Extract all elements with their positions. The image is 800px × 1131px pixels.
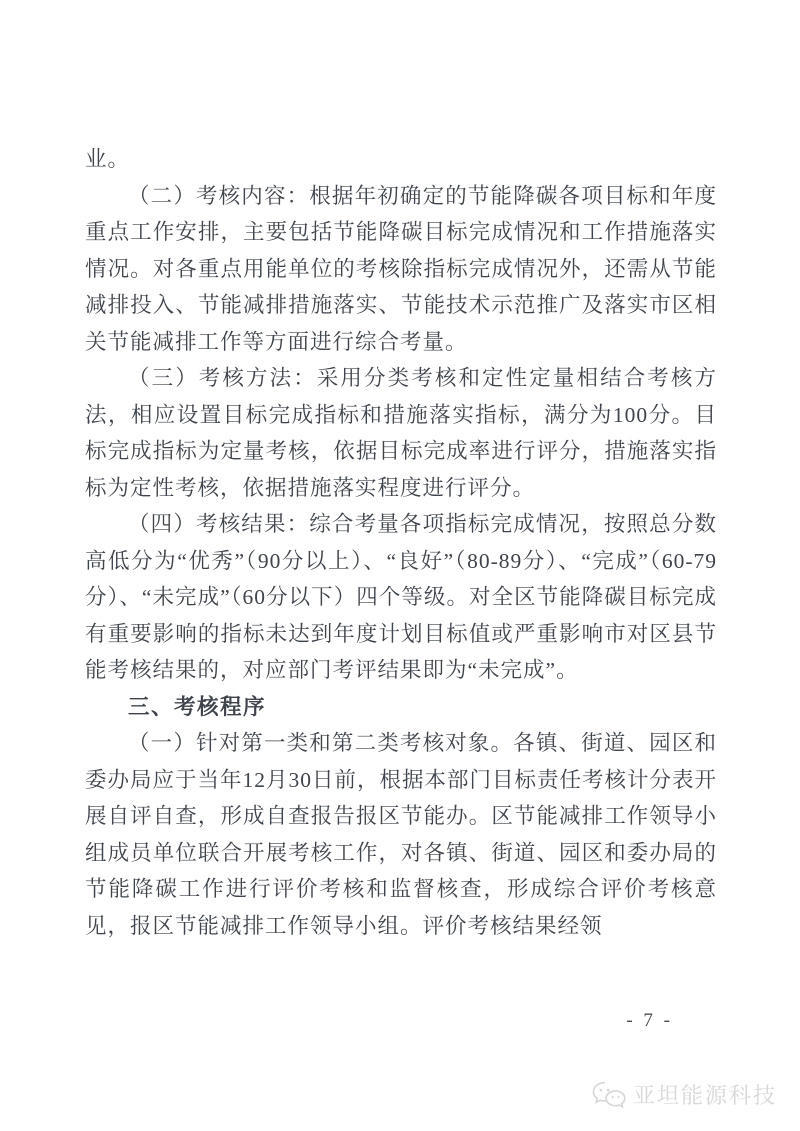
paragraph-continuation: 业。: [85, 141, 717, 178]
paragraph-procedure-item1: （一）针对第一类和第二类考核对象。各镇、街道、园区和委办局应于当年12月30日前…: [85, 725, 717, 944]
paragraph-assessment-method: （三）考核方法：采用分类考核和定性定量相结合考核方法，相应设置目标完成指标和措施…: [85, 360, 717, 506]
document-page: 业。 （二）考核内容：根据年初确定的节能降碳各项目标和年度重点工作安排，主要包括…: [0, 0, 800, 1131]
watermark: 亚坦能源科技: [591, 1079, 777, 1110]
document-body: 业。 （二）考核内容：根据年初确定的节能降碳各项目标和年度重点工作安排，主要包括…: [85, 141, 717, 944]
paragraph-assessment-content: （二）考核内容：根据年初确定的节能降碳各项目标和年度重点工作安排，主要包括节能降…: [85, 178, 717, 361]
paragraph-assessment-result: （四）考核结果：综合考量各项指标完成情况，按照总分数高低分为“优秀”（90分以上…: [85, 506, 717, 689]
wechat-icon: [591, 1080, 627, 1110]
watermark-text: 亚坦能源科技: [633, 1079, 777, 1110]
section-heading-procedure: 三、考核程序: [85, 689, 717, 726]
page-number: - 7 -: [626, 1010, 673, 1032]
